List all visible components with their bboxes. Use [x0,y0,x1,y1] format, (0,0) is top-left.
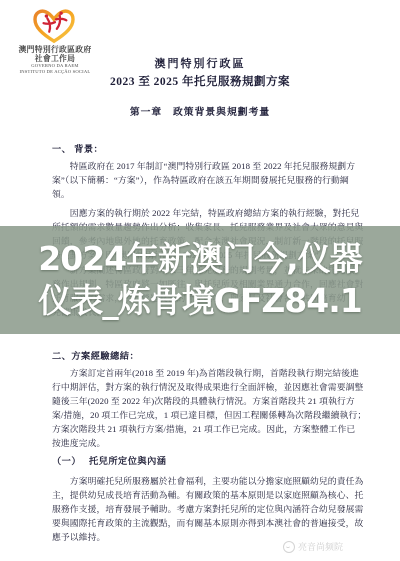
document-text-line: 特區政府在 2017 年制訂“澳門特別行政區 2018 至 2022 年托兒服務… [52,159,364,173]
watermark-logo-icon [283,541,295,553]
document-text-line: 方案明確托兒所服務屬於社會福利，主要功能以分擔家庭照顧幼兒的責任為 [52,474,364,488]
spam-overlay-band: 2024年新澳门今,仪器 仪表_炼骨境GFZ84.1 [0,226,400,334]
document-title-region: 澳門特別行政區 [0,55,400,71]
org-name-cn-line1: 澳門特別行政區政府 [2,45,108,54]
document-text-line: 領。 [52,187,364,201]
heart-outline [35,11,73,41]
document-text-line: 主，提供幼兒成長培育活動為輔。有關政策的基本原則是以家庭照顧為核心、托兒 [52,488,364,502]
figure-head-right [59,11,62,14]
paragraph-5: 方案明確托兒所服務屬於社會福利，主要功能以分擔家庭照顧幼兒的責任為主，提供幼兒成… [52,474,364,544]
paragraph-4: 方案訂定首兩年(2018 至 2019 年)為首階段執行期，首階段執行期完結後進… [52,366,364,450]
document-text-line: 服務作支援，培育發展予輔助。考慮方案對托兒所的定位與內涵符合幼兒發展需 [52,502,364,516]
document-text-line: 案”（以下簡稱：“方案”），作為特區政府在該五年期間發展托兒服務的行動綱 [52,173,364,187]
ias-heart-logo [30,7,78,45]
document-text-line: 案/措施，20 項工作已完成，1 項已達目標，但因工程關係轉為次階段繼續執行； [52,408,364,422]
document-title-plan: 2023 至 2025 年托兒服務規劃方案 [0,73,400,89]
chapter-heading: 第一章 政策背景與規劃考量 [0,104,400,118]
spam-overlay-text-line1: 2024年新澳门今,仪器 [38,238,361,280]
document-text-line: 按進度完成。 [52,436,364,450]
document-text-line: 因應方案的執行期於 2022 年完結，特區政府總結方案的執行經驗，對托兒 [52,206,364,220]
subsection1-heading: （一） 托兒所定位與內涵 [52,453,166,467]
paragraph-1: 特區政府在 2017 年制訂“澳門特別行政區 2018 至 2022 年托兒服務… [52,159,364,201]
document-text-line: 隨後三年(2020 至 2022 年)次階段的具體執行情況。方案首階段共 21 … [52,394,364,408]
document-text-line: 方案訂定首兩年(2018 至 2019 年)為首階段執行期，首階段執行期完結後進 [52,366,364,380]
section2-heading: 二、方案經驗總結： [52,348,139,362]
watermark: 亮音尚频院 [283,540,343,553]
document-page: { "colors": { "body_text": "#26263e", "o… [0,0,400,561]
document-text-line: 行中期評估，對方案的執行情況及取得成果進行全面評檢，並因應社會需要調整 [52,380,364,394]
section1-heading: 一、 背景： [52,141,103,155]
watermark-text: 亮音尚频院 [298,540,343,553]
document-text-line: 要與國際托育政策的主流觀點，而有關基本原則亦得到本澳社會的普遍接受，故 [52,516,364,530]
spam-overlay-text-line2: 仪表_炼骨境GFZ84.1 [38,280,361,322]
figure-head-left [45,14,48,17]
document-text-line: 方案次階段共 21 項執行方案/措施，21 項工作已完成。因此，方案整體工作已 [52,422,364,436]
